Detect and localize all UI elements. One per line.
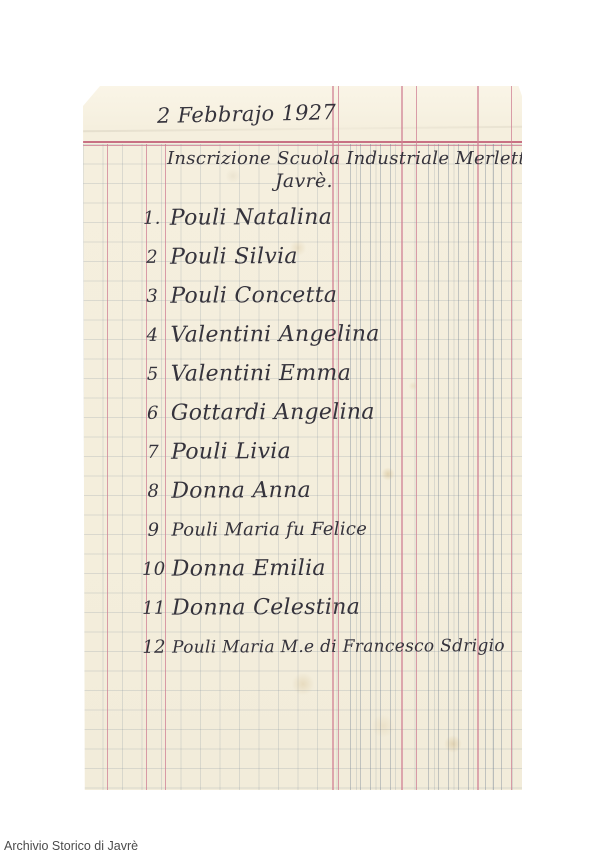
list-item: 10 Donna Emilia: [84, 548, 523, 589]
date-heading: 2 Febbrajo 1927: [157, 100, 337, 128]
list-item: 5 Valentini Emma: [83, 353, 522, 394]
list-item: 12 Pouli Maria M.e di Francesco Sdrigio: [84, 626, 523, 667]
head-rule: [83, 145, 522, 146]
list-item: 11 Donna Celestina: [84, 587, 523, 628]
entry-name: Pouli Silvia: [170, 244, 298, 270]
head-rule: [83, 141, 522, 143]
entry-number: 8: [140, 481, 166, 502]
entry-number: 12: [141, 637, 167, 658]
list-item: 7 Pouli Livia: [83, 431, 522, 472]
ledger-page: 2 Febbrajo 1927 Inscrizione Scuola Indus…: [83, 86, 522, 790]
list-item: 2 Pouli Silvia: [82, 236, 521, 277]
entry-name: Donna Celestina: [172, 595, 360, 621]
entry-name: Donna Anna: [171, 478, 311, 504]
list-item: 4 Valentini Angelina: [82, 314, 521, 355]
entry-number: 3: [139, 286, 165, 307]
entry-name: Gottardi Angelina: [171, 400, 375, 426]
subtitle: Javrè.: [275, 170, 333, 192]
entry-name: Valentini Emma: [171, 361, 352, 387]
entry-name: Valentini Angelina: [170, 322, 379, 348]
entry-number: 6: [140, 403, 166, 424]
list-item: 9 Pouli Maria fu Felice: [83, 509, 522, 550]
entry-number: 4: [139, 325, 165, 346]
list-item: 3 Pouli Concetta: [82, 275, 521, 316]
entry-name: Pouli Maria M.e di Francesco Sdrigio: [172, 635, 505, 657]
entry-name: Pouli Natalina: [170, 205, 332, 231]
list-item: 6 Gottardi Angelina: [83, 392, 522, 433]
entry-number: 9: [140, 520, 166, 541]
entry-number: 11: [141, 598, 167, 619]
scan-background: 2 Febbrajo 1927 Inscrizione Scuola Indus…: [0, 0, 600, 857]
entry-name: Donna Emilia: [172, 556, 326, 582]
entry-number: 7: [140, 442, 166, 463]
entry-number: 1.: [139, 208, 165, 229]
entry-name: Pouli Concetta: [170, 283, 337, 309]
entry-number: 10: [141, 559, 167, 580]
list-item: 8 Donna Anna: [83, 470, 522, 511]
entry-number: 5: [140, 364, 166, 385]
archive-caption: Archivio Storico di Javrè: [4, 839, 138, 853]
entry-list: 1. Pouli Natalina 2 Pouli Silvia 3 Pouli…: [82, 197, 523, 667]
page-title: Inscrizione Scuola Industriale Merletti: [167, 148, 532, 169]
entry-name: Pouli Maria fu Felice: [171, 519, 367, 541]
list-item: 1. Pouli Natalina: [82, 197, 521, 238]
paper-fold-crease: [83, 126, 522, 133]
entry-number: 2: [139, 247, 165, 268]
entry-name: Pouli Livia: [171, 439, 291, 465]
